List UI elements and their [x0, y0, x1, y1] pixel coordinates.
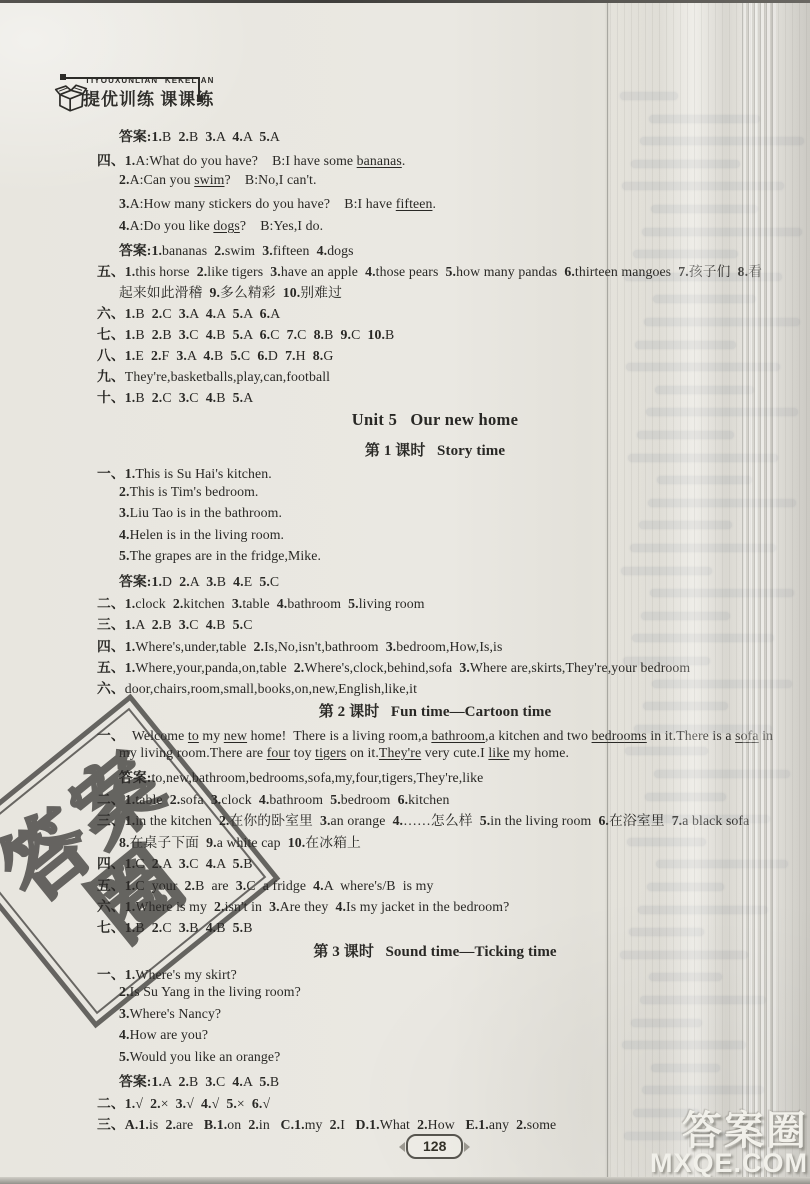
text-segment: 2.: [248, 1117, 259, 1132]
text-segment: 2.: [152, 306, 163, 321]
text-segment: 7.: [678, 264, 689, 279]
text-segment: bananas: [162, 243, 214, 258]
text-segment: A:Can you: [130, 172, 195, 187]
text-segment: 2.: [178, 1074, 189, 1089]
text-segment: A:How many stickers do you have? B:I hav…: [130, 196, 396, 211]
text-segment: 5.: [119, 1049, 130, 1064]
text-segment: ? B:No,I can't.: [225, 172, 317, 187]
content-line: 八、1.E 2.F 3.A 4.B 5.C 6.D 7.H 8.G: [97, 344, 333, 364]
text-segment: B: [135, 306, 151, 321]
text-segment: 5.: [230, 348, 241, 363]
text-segment: 4.: [313, 878, 324, 893]
text-segment: 10.: [283, 285, 301, 300]
text-segment: 2.: [330, 1117, 341, 1132]
content-line: 五、1.Where,your,panda,on,table 2.Where's,…: [97, 656, 690, 676]
text-segment: 六、: [97, 681, 125, 696]
text-segment: 孩子们: [689, 264, 738, 279]
text-segment: 2.: [119, 484, 130, 499]
text-segment: home! There is a living room,a: [247, 728, 431, 743]
page-fold-line: [607, 0, 608, 1184]
text-segment: C: [243, 617, 252, 632]
content-line: 2.This is Tim's bedroom.: [119, 484, 258, 500]
text-segment: Where's,clock,behind,sofa: [304, 660, 459, 675]
text-segment: 起来如此滑稽: [119, 285, 209, 300]
text-segment: like: [488, 745, 509, 760]
text-segment: E: [244, 574, 260, 589]
text-segment: .: [432, 196, 436, 211]
text-segment: 3.: [176, 348, 187, 363]
text-segment: 4.: [206, 617, 217, 632]
text-segment: 四、1.: [97, 153, 135, 168]
text-segment: bathroom: [269, 792, 330, 807]
content-line: 三、A.1.is 2.are B.1.on 2.in C.1.my 2.I D.…: [97, 1113, 556, 1133]
text-segment: 九、: [97, 369, 125, 384]
text-segment: 答案:1.: [119, 574, 162, 589]
text-segment: any: [489, 1117, 516, 1132]
text-segment: C: [241, 348, 257, 363]
text-segment: 十、1.: [97, 390, 135, 405]
text-segment: a black sofa: [682, 813, 749, 828]
content-line: 4.How are you?: [119, 1027, 208, 1043]
content-line: 六、1.B 2.C 3.A 4.A 5.A 6.A: [97, 302, 280, 322]
text-segment: F: [162, 348, 177, 363]
content-line: 3.Liu Tao is in the bathroom.: [119, 505, 282, 521]
text-segment: 4.: [233, 574, 244, 589]
text-segment: 2.: [178, 129, 189, 144]
text-segment: How: [428, 1117, 466, 1132]
text-segment: 八、1.: [97, 348, 135, 363]
text-segment: 6.: [398, 792, 409, 807]
text-segment: A: [216, 129, 232, 144]
text-segment: bathroom: [287, 596, 348, 611]
text-segment: 别难过: [300, 285, 342, 300]
text-segment: kitchen: [408, 792, 449, 807]
text-segment: 3.: [206, 574, 217, 589]
text-segment: B: [216, 327, 232, 342]
text-segment: 5.: [233, 306, 244, 321]
text-segment: A: [243, 1074, 259, 1089]
text-segment: 3.: [232, 596, 243, 611]
text-segment: bananas: [357, 153, 402, 168]
text-segment: B: [270, 1074, 279, 1089]
content-line: 答案:1.B 2.B 3.A 4.A 5.A: [119, 125, 280, 145]
text-segment: dogs: [213, 218, 239, 233]
text-segment: bedroom: [341, 792, 398, 807]
text-segment: ×: [161, 1096, 176, 1111]
text-segment: sofa: [735, 728, 758, 743]
text-segment: 3.: [119, 1006, 130, 1021]
text-segment: 2.: [516, 1117, 527, 1132]
text-segment: clock: [221, 792, 258, 807]
text-segment: 4.: [393, 813, 404, 828]
text-segment: 3.: [270, 264, 281, 279]
text-segment: A: [187, 348, 203, 363]
text-segment: ,a kitchen and two: [485, 728, 592, 743]
text-segment: 5.: [348, 596, 359, 611]
text-segment: 2.: [214, 243, 225, 258]
text-segment: 4.: [203, 348, 214, 363]
text-segment: A: [190, 574, 206, 589]
text-segment: Is my jacket in the bedroom?: [346, 899, 509, 914]
text-segment: 五、1.: [97, 660, 135, 675]
text-segment: B: [189, 129, 205, 144]
text-segment: 5.: [233, 920, 244, 935]
text-segment: 8.: [314, 327, 325, 342]
text-segment: bedrooms: [592, 728, 647, 743]
site-watermark-url: MXQE.COM: [650, 1150, 808, 1176]
text-segment: A where's/B is my: [324, 878, 434, 893]
text-segment: 5.: [233, 617, 244, 632]
text-segment: 3.: [320, 813, 331, 828]
text-segment: C: [162, 306, 178, 321]
text-segment: is: [149, 1117, 166, 1132]
text-segment: E.1.: [465, 1117, 488, 1132]
text-segment: fifteen: [396, 196, 433, 211]
text-segment: 2.: [165, 1117, 176, 1132]
text-segment: 4.: [206, 390, 217, 405]
text-segment: 7.: [672, 813, 683, 828]
text-segment: on: [227, 1117, 248, 1132]
text-segment: 5.: [233, 327, 244, 342]
text-segment: 第 1 课时 Story time: [365, 443, 505, 459]
content-line: 5.Would you like an orange?: [119, 1049, 280, 1065]
lesson-heading: 第 2 课时 Fun time—Cartoon time: [90, 700, 780, 721]
text-segment: ……怎么样: [403, 813, 480, 828]
text-segment: B: [385, 327, 394, 342]
text-segment: 5.: [259, 1074, 270, 1089]
text-segment: 答案:1.: [119, 1074, 162, 1089]
text-segment: have an apple: [281, 264, 365, 279]
text-segment: D: [162, 574, 179, 589]
text-segment: 7.: [285, 348, 296, 363]
text-segment: They're,basketballs,play,can,football: [125, 369, 330, 384]
text-segment: C.1.: [281, 1117, 305, 1132]
content-line: my living room.There are four toy tigers…: [119, 745, 569, 761]
text-segment: Where's Nancy?: [130, 1006, 222, 1021]
text-segment: What: [380, 1117, 417, 1132]
text-segment: 三、A.1.: [97, 1117, 149, 1132]
text-segment: B.1.: [204, 1117, 227, 1132]
content-line: 起来如此滑稽 9.多么精彩 10.别难过: [119, 281, 342, 301]
text-segment: in: [759, 728, 773, 743]
text-segment: 2.: [151, 348, 162, 363]
text-segment: 2.: [152, 327, 163, 342]
content-line: 4.Helen is in the living room.: [119, 527, 284, 543]
text-segment: 4.: [206, 327, 217, 342]
content-line: 5.The grapes are in the fridge,Mike.: [119, 548, 321, 564]
text-segment: C: [351, 327, 367, 342]
text-segment: living room: [359, 596, 425, 611]
text-segment: 5.: [480, 813, 491, 828]
text-segment: B: [135, 390, 151, 405]
text-segment: 4.: [232, 1074, 243, 1089]
text-segment: 二、1.: [97, 596, 135, 611]
text-segment: Are they: [280, 899, 336, 914]
content-line: 四、1.A:What do you have? B:I have some ba…: [97, 149, 405, 169]
text-segment: 4.: [119, 218, 130, 233]
text-segment: 2.: [119, 172, 130, 187]
content-line: 四、1.Where's,under,table 2.Is,No,isn't,ba…: [97, 635, 502, 655]
text-segment: Helen is in the living room.: [130, 527, 285, 542]
text-segment: to: [188, 728, 199, 743]
text-segment: 3.: [179, 306, 190, 321]
text-segment: 3.: [179, 327, 190, 342]
text-segment: B: [216, 617, 232, 632]
text-segment: 10.: [288, 835, 306, 850]
text-segment: B: [162, 617, 178, 632]
text-segment: A:What do you have? B:I have some: [135, 153, 356, 168]
text-segment: They're: [379, 745, 421, 760]
text-segment: swim: [194, 172, 224, 187]
text-segment: ? B:Yes,I do.: [240, 218, 323, 233]
text-segment: 答案:1.: [119, 243, 162, 258]
text-segment: Is,No,isn't,bathroom: [264, 639, 386, 654]
text-segment: B: [214, 348, 230, 363]
text-segment: 5.: [119, 548, 130, 563]
text-segment: 3.: [119, 505, 130, 520]
text-segment: 五、1.: [97, 264, 135, 279]
text-segment: 2.: [179, 574, 190, 589]
text-segment: A: [270, 129, 280, 144]
text-segment: √: [212, 1096, 227, 1111]
text-segment: 4.: [119, 527, 130, 542]
text-segment: C: [189, 617, 205, 632]
text-segment: 多么精彩: [220, 285, 283, 300]
text-segment: 看: [748, 264, 762, 279]
text-segment: 4.: [201, 1096, 212, 1111]
text-segment: I: [340, 1117, 355, 1132]
content-line: 六、door,chairs,room,small,books,on,new,En…: [97, 677, 417, 697]
text-segment: 第 3 课时 Sound time—Ticking time: [313, 944, 556, 960]
content-line: 一、1.This is Su Hai's kitchen.: [97, 462, 272, 482]
text-segment: Where are,skirts,They're,your bedroom: [470, 660, 690, 675]
text-segment: B: [243, 920, 252, 935]
text-segment: H: [296, 348, 313, 363]
text-segment: √: [262, 1096, 270, 1111]
text-segment: 3.: [269, 899, 280, 914]
text-segment: 4.: [206, 306, 217, 321]
text-segment: D: [268, 348, 285, 363]
text-segment: 2.: [152, 390, 163, 405]
text-segment: clock: [135, 596, 172, 611]
text-segment: Where's,under,table: [135, 639, 253, 654]
lesson-heading: 第 1 课时 Story time: [90, 439, 780, 460]
content-line: 答案:1.bananas 2.swim 3.fifteen 4.dogs: [119, 239, 354, 259]
text-segment: B: [189, 1074, 205, 1089]
text-segment: fifteen: [273, 243, 317, 258]
text-segment: bedroom,How,Is,is: [396, 639, 502, 654]
text-segment: 四、1.: [97, 639, 135, 654]
text-segment: D.1.: [356, 1117, 380, 1132]
text-segment: some: [527, 1117, 557, 1132]
text-segment: dogs: [327, 243, 353, 258]
text-segment: 5.: [233, 390, 244, 405]
text-segment: 6.: [252, 1096, 263, 1111]
content-line: 4.A:Do you like dogs? B:Yes,I do.: [119, 218, 323, 234]
content-line: 答案:1.A 2.B 3.C 4.A 5.B: [119, 1070, 279, 1090]
text-segment: my: [199, 728, 224, 743]
text-segment: 6.: [260, 306, 271, 321]
text-segment: How are you?: [130, 1027, 209, 1042]
text-segment: 3.: [176, 1096, 187, 1111]
text-segment: 7.: [287, 327, 298, 342]
text-segment: are: [176, 1117, 204, 1132]
bottom-scan-edge: [0, 1177, 810, 1184]
content-line: 一、 Welcome to my new home! There is a li…: [97, 724, 773, 744]
text-segment: C: [162, 390, 178, 405]
scanned-page: TIYOUXUNLIAN KEKELIAN 提优训练 课课练 答案:1.B 2.…: [0, 0, 810, 1184]
text-segment: on it.: [346, 745, 379, 760]
text-segment: √: [135, 1096, 150, 1111]
text-segment: A: [243, 390, 253, 405]
text-segment: 4.: [232, 129, 243, 144]
text-segment: thirteen mangoes: [575, 264, 678, 279]
content-line: 3.Where's Nancy?: [119, 1006, 221, 1022]
text-segment: very cute.I: [421, 745, 488, 760]
text-segment: four: [267, 745, 290, 760]
content-line: 七、1.B 2.B 3.C 4.B 5.A 6.C 7.C 8.B 9.C 10…: [97, 323, 394, 343]
text-segment: B: [135, 327, 151, 342]
text-segment: A: [162, 1074, 178, 1089]
text-segment: 9.: [341, 327, 352, 342]
text-segment: like tigers: [207, 264, 270, 279]
text-segment: C: [189, 390, 205, 405]
text-segment: This is Su Hai's kitchen.: [135, 466, 271, 481]
content-line: 3.A:How many stickers do you have? B:I h…: [119, 196, 436, 212]
text-segment: in the living room: [490, 813, 598, 828]
text-segment: A: [270, 306, 280, 321]
text-segment: 二、1.: [97, 1096, 135, 1111]
text-segment: C: [270, 574, 279, 589]
content-line: 二、1.√ 2.× 3.√ 4.√ 5.× 6.√: [97, 1092, 270, 1112]
text-segment: in it.There is a: [647, 728, 735, 743]
text-segment: A: [189, 306, 205, 321]
text-segment: bathroom: [431, 728, 485, 743]
text-segment: 第 2 课时 Fun time—Cartoon time: [319, 704, 552, 720]
text-segment: 5.: [330, 792, 341, 807]
text-segment: 6.: [564, 264, 575, 279]
text-segment: 2.: [197, 264, 208, 279]
text-segment: 5.: [259, 574, 270, 589]
content-line: 三、1.A 2.B 3.C 4.B 5.C: [97, 613, 253, 633]
text-segment: 5.: [259, 129, 270, 144]
content-line: 九、They're,basketballs,play,can,football: [97, 365, 330, 385]
text-segment: 2.: [173, 596, 184, 611]
text-segment: 七、1.: [97, 327, 135, 342]
text-segment: 10.: [368, 327, 386, 342]
text-segment: an orange: [331, 813, 393, 828]
text-segment: new: [224, 728, 247, 743]
text-segment: C: [297, 327, 313, 342]
text-segment: swim: [225, 243, 262, 258]
text-segment: 3.: [119, 196, 130, 211]
text-segment: 一、1.: [97, 466, 135, 481]
text-segment: 8.: [738, 264, 749, 279]
text-segment: .: [402, 153, 406, 168]
text-segment: 6.: [257, 348, 268, 363]
text-segment: 在浴室里: [609, 813, 672, 828]
content-line: 十、1.B 2.C 3.C 4.B 5.A: [97, 386, 253, 406]
text-segment: 2.: [254, 639, 265, 654]
text-segment: E: [135, 348, 151, 363]
text-segment: 4.: [317, 243, 328, 258]
text-segment: B: [216, 390, 232, 405]
text-segment: 2.: [294, 660, 305, 675]
text-segment: The grapes are in the fridge,Mike.: [130, 548, 322, 563]
text-segment: C: [189, 327, 205, 342]
text-segment: A: [135, 617, 151, 632]
text-segment: this horse: [135, 264, 196, 279]
content-line: 答案:1.D 2.A 3.B 4.E 5.C: [119, 570, 279, 590]
text-segment: B: [217, 574, 233, 589]
content-line: 2.A:Can you swim? B:No,I can't.: [119, 172, 317, 188]
text-segment: 在你的卧室里: [230, 813, 320, 828]
text-segment: toy: [290, 745, 315, 760]
text-segment: B: [162, 327, 178, 342]
text-segment: √: [186, 1096, 201, 1111]
top-scan-edge: [0, 0, 810, 3]
text-segment: 5.: [226, 1096, 237, 1111]
text-segment: 6.: [260, 327, 271, 342]
text-segment: Liu Tao is in the bathroom.: [130, 505, 282, 520]
unit-heading: Unit 5 Our new home: [90, 410, 780, 430]
text-segment: ×: [237, 1096, 252, 1111]
text-segment: 4.: [277, 596, 288, 611]
text-segment: my: [305, 1117, 330, 1132]
text-segment: 9.: [209, 285, 220, 300]
text-segment: kitchen: [183, 596, 231, 611]
text-segment: my home.: [509, 745, 569, 760]
text-segment: 4.: [335, 899, 346, 914]
text-segment: 5.: [446, 264, 457, 279]
text-segment: 3.: [262, 243, 273, 258]
content-line: 五、1.this horse 2.like tigers 3.have an a…: [97, 260, 762, 280]
text-segment: 3.: [205, 129, 216, 144]
text-segment: Where,your,panda,on,table: [135, 660, 293, 675]
text-segment: 3.: [459, 660, 470, 675]
text-segment: 三、1.: [97, 617, 135, 632]
text-segment: Would you like an orange?: [130, 1049, 281, 1064]
text-segment: 3.: [386, 639, 397, 654]
text-segment: table: [242, 596, 276, 611]
text-segment: tigers: [315, 745, 346, 760]
text-segment: B: [162, 129, 178, 144]
text-segment: A: [243, 327, 259, 342]
text-segment: G: [323, 348, 333, 363]
text-segment: 在冰箱上: [305, 835, 361, 850]
text-segment: A: [216, 306, 232, 321]
text-segment: Is Su Yang in the living room?: [130, 984, 301, 999]
text-segment: those pears: [376, 264, 446, 279]
site-watermark: 答案圈 MXQE.COM: [650, 1112, 808, 1176]
text-segment: 4.: [119, 1027, 130, 1042]
text-segment: Unit 5 Our new home: [352, 410, 518, 429]
site-watermark-name: 答案圈: [650, 1112, 808, 1150]
text-segment: A:Do you like: [130, 218, 214, 233]
text-segment: 2.: [150, 1096, 161, 1111]
text-segment: in: [259, 1117, 281, 1132]
text-segment: 六、1.: [97, 306, 135, 321]
content-line: 二、1.clock 2.kitchen 3.table 4.bathroom 5…: [97, 592, 425, 612]
text-segment: 3.: [205, 1074, 216, 1089]
text-segment: A: [243, 306, 259, 321]
text-segment: B: [324, 327, 340, 342]
text-segment: how many pandas: [456, 264, 564, 279]
text-segment: A: [243, 129, 259, 144]
text-segment: 3.: [179, 617, 190, 632]
text-segment: 2.: [417, 1117, 428, 1132]
page-number-badge: 128: [406, 1134, 463, 1159]
